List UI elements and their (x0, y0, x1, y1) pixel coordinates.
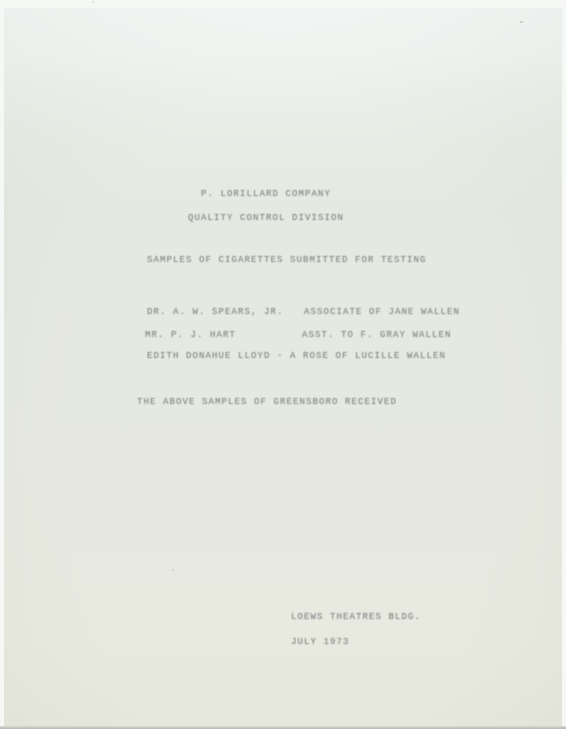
scanned-document-page: P. LORILLARD COMPANY QUALITY CONTROL DIV… (0, 0, 566, 729)
name-block-row2-right: ASST. TO F. GRAY WALLEN (302, 330, 452, 341)
paper-background: P. LORILLARD COMPANY QUALITY CONTROL DIV… (4, 8, 562, 726)
scan-speck (172, 569, 174, 571)
footer-line-2: JULY 1973 (291, 637, 350, 648)
name-block-row2-left: MR. P. J. HART (145, 330, 236, 341)
name-block-row3: EDITH DONAHUE LLOYD - A ROSE OF LUCILLE … (147, 351, 446, 362)
scan-speck (92, 1, 94, 3)
scan-speck (520, 21, 523, 23)
header-line-2: QUALITY CONTROL DIVISION (188, 213, 344, 224)
name-block-row1-left: DR. A. W. SPEARS, JR. (147, 307, 284, 318)
subject-line: SAMPLES OF CIGARETTES SUBMITTED FOR TEST… (147, 255, 427, 266)
header-line-1: P. LORILLARD COMPANY (201, 189, 331, 200)
name-block-row1-right: ASSOCIATE OF JANE WALLEN (304, 307, 460, 318)
footer-line-1: LOEWS THEATRES BLDG. (291, 612, 421, 623)
note-line: THE ABOVE SAMPLES OF GREENSBORO RECEIVED (137, 397, 397, 408)
